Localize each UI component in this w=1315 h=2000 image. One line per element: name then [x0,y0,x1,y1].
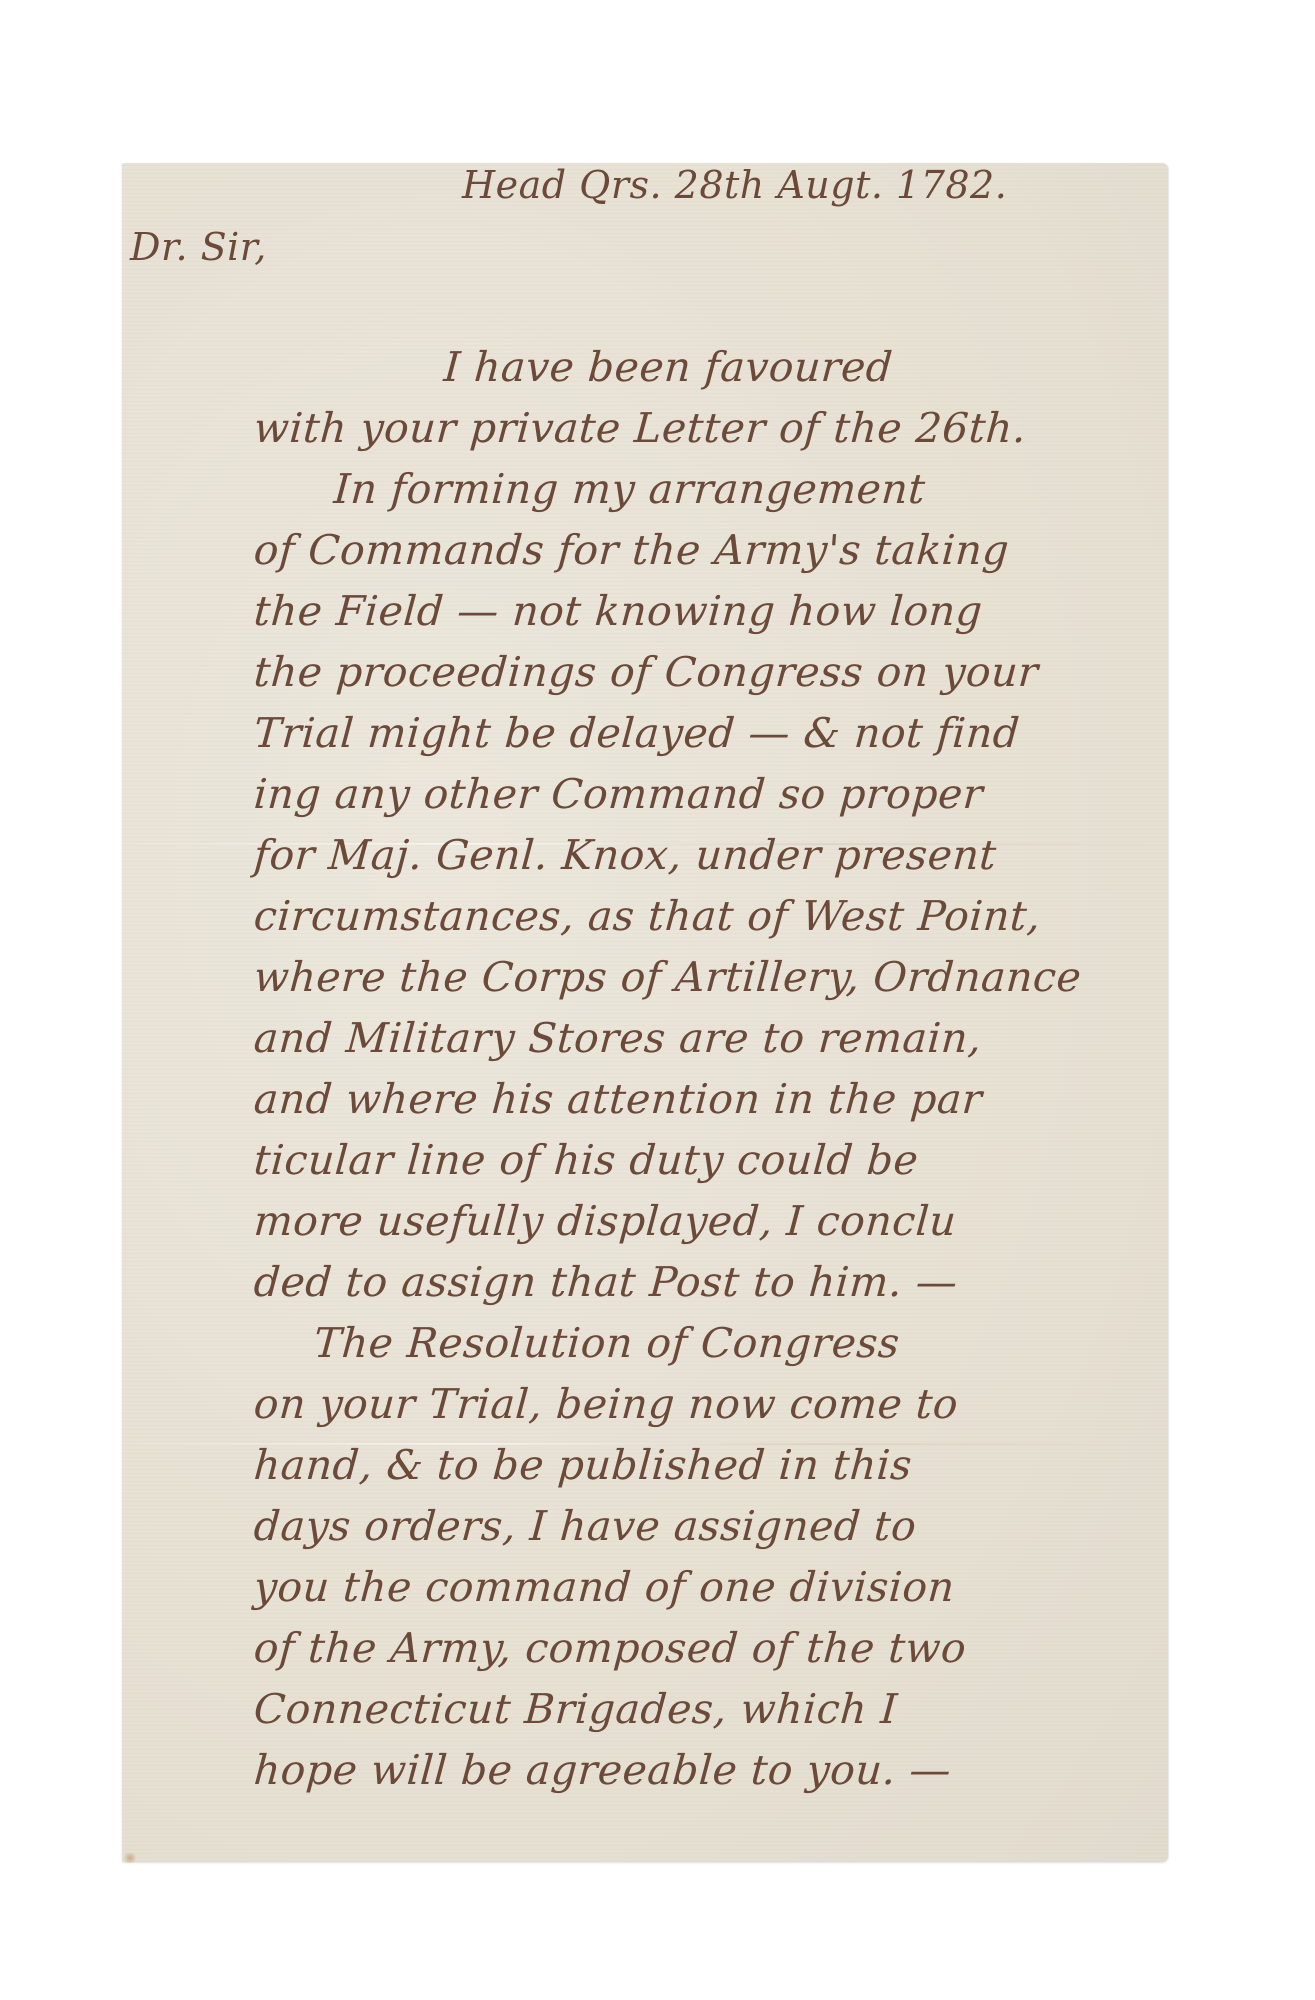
dateline: Head Qrs. 28th Augt. 1782. [462,163,1007,207]
letter-line: Connecticut Brigades, which I [252,1685,1155,1733]
paper-stain [122,1853,138,1863]
letter-line: circumstances, as that of West Point, [252,892,1155,940]
letter-line: with your private Letter of the 26th. [252,404,1155,452]
letter-line: ded to assign that Post to him. — [252,1258,1155,1306]
letter-line: more usefully displayed, I conclu [252,1197,1155,1245]
letter-line: where the Corps of Artillery, Ordnance [252,953,1155,1001]
letter-line: for Maj. Genl. Knox, under present [252,831,1155,879]
salutation: Dr. Sir, [130,225,267,269]
letter-page: Head Qrs. 28th Augt. 1782. Dr. Sir, I ha… [122,163,1168,1862]
letter-line: In forming my arrangement [332,465,1235,513]
letter-line: the proceedings of Congress on your [252,648,1155,696]
letter-line: and where his attention in the par [252,1075,1155,1123]
letter-line: hand, & to be published in this [252,1441,1155,1489]
letter-line: and Military Stores are to remain, [252,1014,1155,1062]
letter-line: I have been favoured [442,343,1315,391]
letter-line: on your Trial, being now come to [252,1380,1155,1428]
letter-line: of Commands for the Army's taking [252,526,1155,574]
letter-line: ticular line of his duty could be [252,1136,1155,1184]
letter-line: ing any other Command so proper [252,770,1155,818]
letter-line: the Field — not knowing how long [252,587,1155,635]
letter-line: The Resolution of Congress [312,1319,1215,1367]
letter-line: days orders, I have assigned to [252,1502,1155,1550]
letter-line: Trial might be delayed — & not find [252,709,1155,757]
letter-line: of the Army, composed of the two [252,1624,1155,1672]
letter-line: you the command of one division [252,1563,1155,1611]
letter-line: hope will be agreeable to you. — [252,1746,1155,1794]
